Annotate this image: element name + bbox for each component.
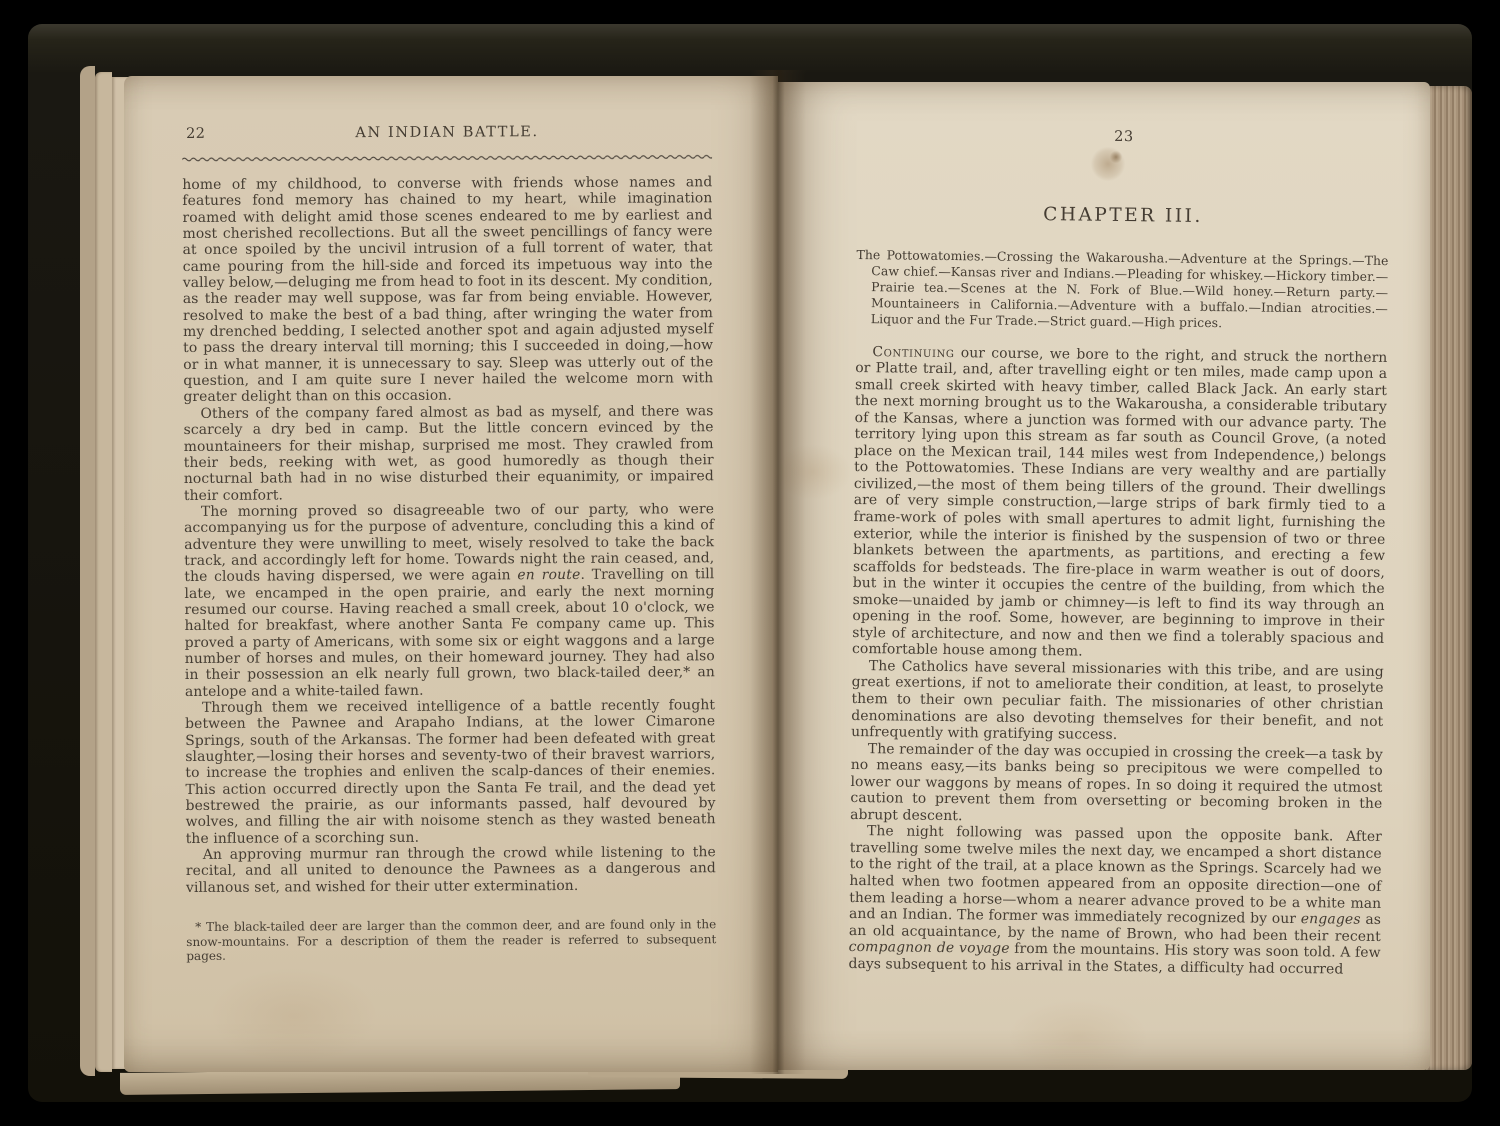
book-cover: 22 AN INDIAN BATTLE. home of my childhoo…: [28, 24, 1472, 1102]
book-photograph: { "colors": { "background": "#000000", "…: [0, 0, 1500, 1126]
footnote: * The black-tailed deer are larger than …: [186, 917, 716, 964]
paragraph: Through them we received intelligence of…: [185, 697, 716, 847]
chapter-synopsis: The Pottowatomies.—Crossing the Wakarous…: [856, 247, 1389, 333]
paragraph: The Catholics have several missionaries …: [851, 658, 1384, 747]
running-title: AN INDIAN BATTLE.: [182, 123, 712, 142]
left-page: 22 AN INDIAN BATTLE. home of my childhoo…: [124, 76, 778, 1072]
paragraph: home of my childhood, to converse with f…: [182, 174, 713, 406]
right-page-body: Continuing our course, we bore to the ri…: [848, 344, 1387, 979]
chapter-heading: CHAPTER III.: [857, 202, 1389, 229]
left-page-header: 22 AN INDIAN BATTLE.: [182, 123, 712, 148]
paragraph: The night following was passed upon the …: [848, 823, 1382, 978]
left-page-body: home of my childhood, to converse with f…: [182, 174, 716, 896]
right-page: 23 CHAPTER III. The Pottowatomies.—Cross…: [778, 82, 1430, 1070]
right-page-number: 23: [858, 126, 1390, 148]
page-edge-strip: [95, 72, 112, 1072]
paragraph: An approving murmur ran through the crow…: [186, 844, 716, 896]
right-page-content: 23 CHAPTER III. The Pottowatomies.—Cross…: [848, 126, 1390, 978]
wavy-rule: [182, 153, 712, 163]
right-fore-edge-stack: [1426, 86, 1472, 1070]
paragraph: Others of the company fared almost as ba…: [183, 403, 714, 504]
left-page-stack-edge: [80, 66, 128, 1076]
page-edge-strip: [80, 66, 95, 1076]
paragraph: Continuing our course, we bore to the ri…: [852, 344, 1388, 664]
paragraph: The morning proved so disagreeable two o…: [184, 501, 715, 700]
paragraph: The remainder of the day was occupied in…: [850, 741, 1383, 830]
left-page-number: 22: [186, 126, 206, 142]
left-page-content: 22 AN INDIAN BATTLE. home of my childhoo…: [182, 123, 716, 964]
